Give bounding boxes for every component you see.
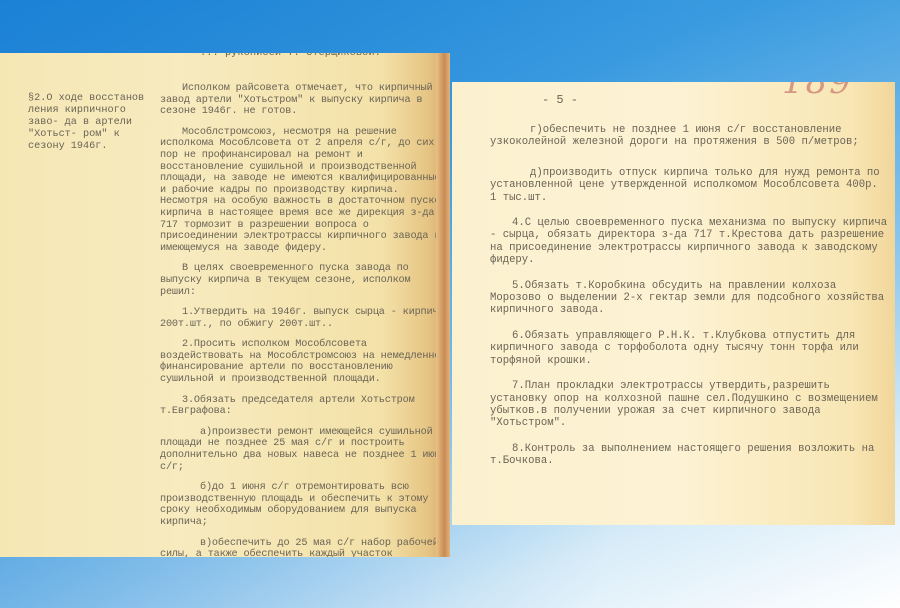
paragraph: Мособлстромсоюз, несмотря на решение исп… — [160, 127, 450, 255]
paragraph: Исполком райсовета отмечает, что кирпичн… — [160, 83, 450, 118]
cut-heading: ... рукописей Т. Стерщиковой. — [200, 53, 381, 59]
document-page-left: ... рукописей Т. Стерщиковой. §2.О ходе … — [0, 53, 450, 557]
paragraph: 3.Обязать председателя артели Хотьстром … — [160, 395, 450, 418]
margin-note: §2.О ходе восстанов ления кирпичного зав… — [28, 93, 158, 153]
paragraph: 1.Утвердить на 1946г. выпуск сырца - кир… — [160, 307, 450, 330]
paragraph: В целях своевременного пуска завода по в… — [160, 263, 450, 298]
paragraph: а)произвести ремонт имеющейся сушильной … — [160, 427, 450, 473]
paragraph: 7.План прокладки электротрассы утвердить… — [490, 380, 890, 430]
document-page-right: - 5 - 189 г)обеспечить не позднее 1 июня… — [452, 82, 895, 525]
paragraph: в)обеспечить до 25 мая с/г набор рабочей… — [160, 538, 450, 557]
page-binding-edge — [436, 53, 450, 557]
paragraph: 4.С целью своевременного пуска механизма… — [490, 217, 890, 267]
paragraph: г)обеспечить не позднее 1 июня с/г восст… — [490, 124, 890, 149]
paragraph: 5.Обязать т.Коробкина обсудить на правле… — [490, 280, 890, 317]
paragraph: 2.Просить исполком Мособлсовета воздейст… — [160, 339, 450, 385]
paragraph: д)производить отпуск кирпича только для … — [490, 167, 890, 204]
paragraph: б)до 1 июня с/г отремонтировать всю прои… — [160, 482, 450, 528]
page-number: - 5 - — [542, 94, 578, 106]
right-page-body: г)обеспечить не позднее 1 июня с/г восст… — [490, 124, 890, 481]
left-page-body: Исполком райсовета отмечает, что кирпичн… — [160, 83, 450, 557]
archive-stamp-number: 189 — [782, 82, 853, 88]
paragraph: 8.Контроль за выполнением настоящего реш… — [490, 443, 890, 468]
paragraph: 6.Обязать управляющего Р.Н.К. т.Клубкова… — [490, 330, 890, 367]
